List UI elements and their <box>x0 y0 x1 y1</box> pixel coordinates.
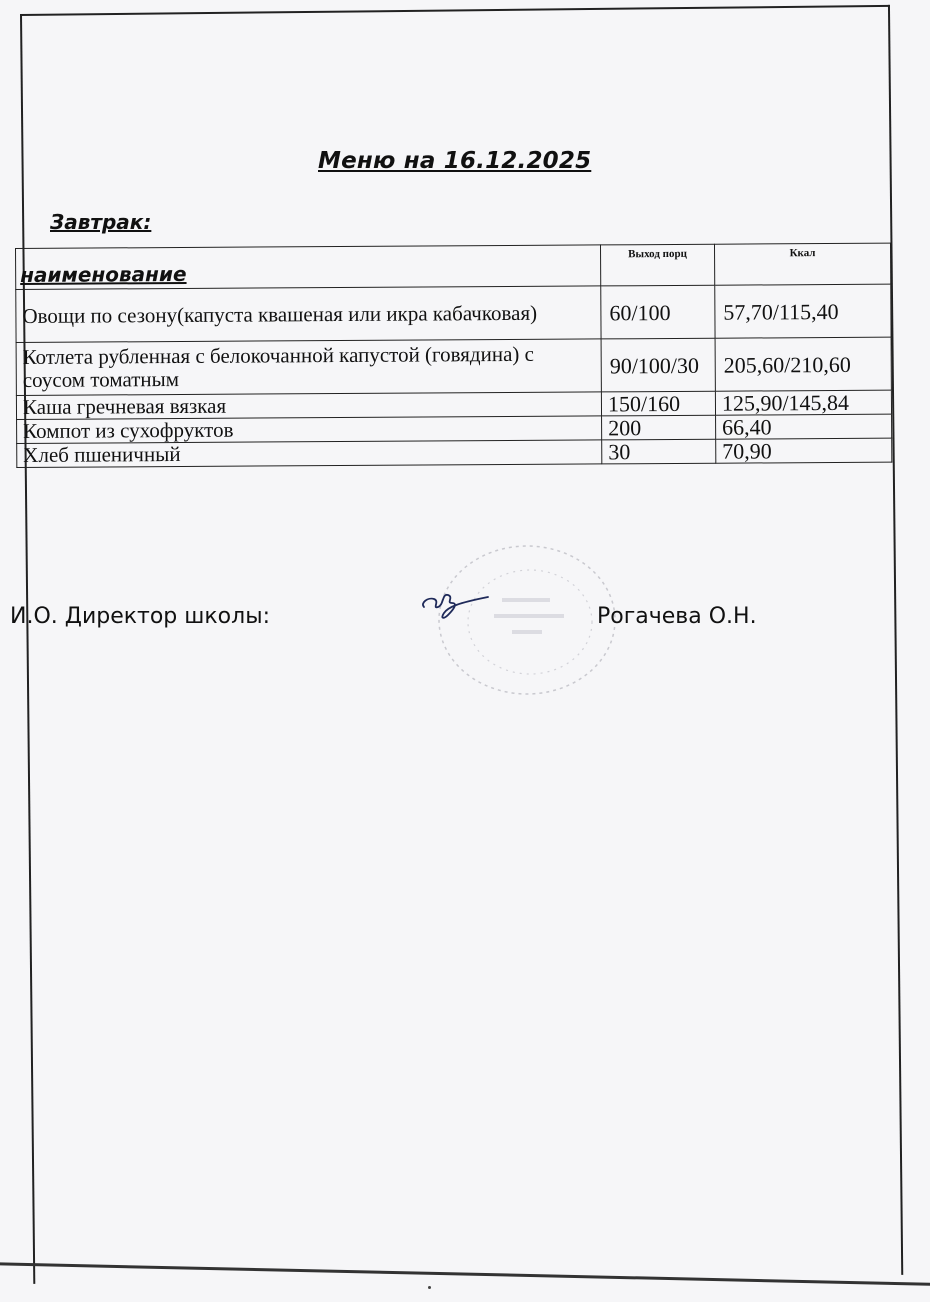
signature-icon <box>418 585 498 625</box>
dish-kcal: 70,90 <box>716 438 892 463</box>
dish-name: Компот из сухофруктов <box>17 416 602 444</box>
dish-name: Котлета рубленная с белокочанной капусто… <box>16 339 601 396</box>
document-page: Меню на 16.12.2025 Завтрак: наименование… <box>0 0 930 1302</box>
dish-name: Овощи по сезону(капуста квашеная или икр… <box>16 286 601 343</box>
menu-table: наименование Выход порц Ккал Овощи по се… <box>15 243 892 468</box>
table-header-row: наименование Выход порц Ккал <box>16 243 891 289</box>
header-name: наименование <box>16 245 601 290</box>
page-title: Меню на 16.12.2025 <box>318 148 591 174</box>
header-yield-text: Выход порц <box>622 247 692 261</box>
header-yield: Выход порц <box>601 244 715 286</box>
dish-yield: 200 <box>602 415 716 440</box>
speck <box>428 1286 431 1289</box>
table-row: Котлета рубленная с белокочанной капусто… <box>16 337 891 395</box>
dish-yield: 60/100 <box>601 285 715 339</box>
dish-name: Каша гречневая вязкая <box>16 392 601 420</box>
dish-kcal: 66,40 <box>715 414 891 439</box>
table-row: Овощи по сезону(капуста квашеная или икр… <box>16 284 891 342</box>
dish-name: Хлеб пшеничный <box>17 440 602 468</box>
signer-name: Рогачева О.Н. <box>597 604 757 629</box>
dish-yield: 30 <box>602 439 716 464</box>
dish-yield: 90/100/30 <box>601 338 715 392</box>
header-kcal: Ккал <box>714 243 890 285</box>
dish-kcal: 57,70/115,40 <box>715 284 891 338</box>
dish-kcal: 205,60/210,60 <box>715 337 891 391</box>
dish-yield: 150/160 <box>601 391 715 416</box>
dish-kcal: 125,90/145,84 <box>715 390 891 415</box>
table-row: Хлеб пшеничный 30 70,90 <box>17 438 892 467</box>
meal-label: Завтрак: <box>50 210 151 234</box>
signature-position: И.О. Директор школы: <box>10 604 270 629</box>
